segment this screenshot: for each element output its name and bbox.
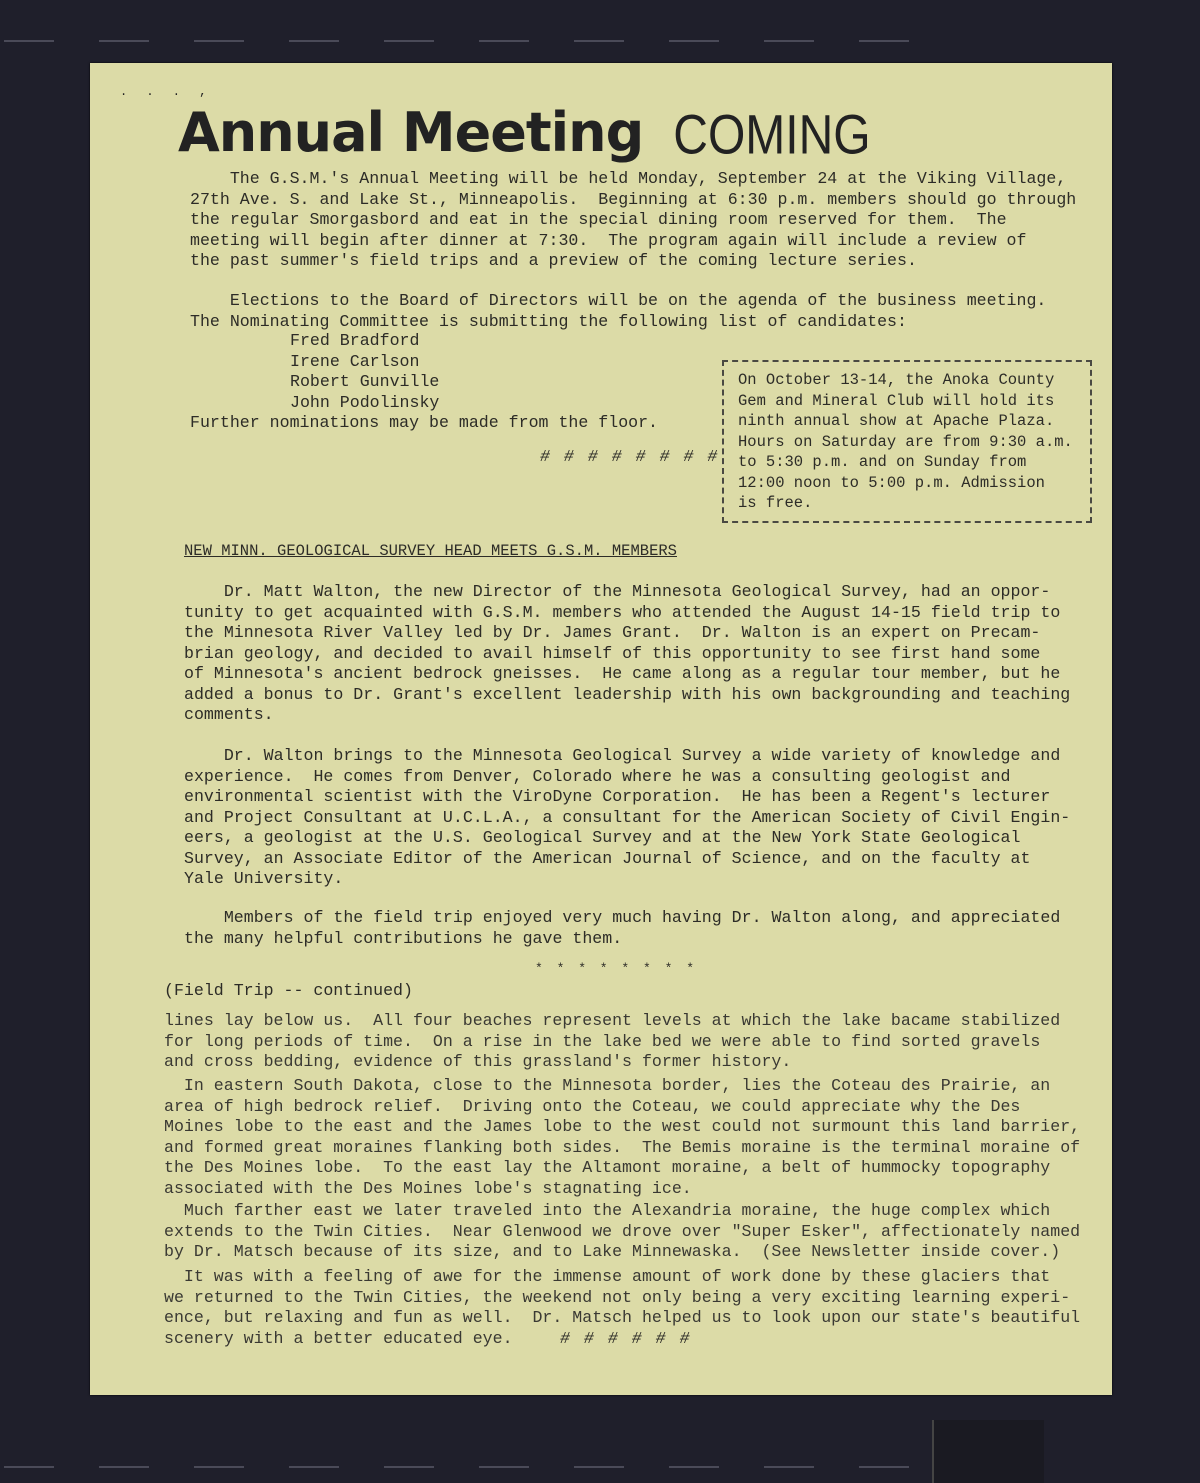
title-main: Annual Meeting [178, 101, 643, 164]
field-trip-continued-label: (Field Trip -- continued) [164, 981, 413, 1002]
end-separator-hashes: # # # # # # [560, 1329, 692, 1350]
survey-article-heading: NEW MINN. GEOLOGICAL SURVEY HEAD MEETS G… [184, 541, 677, 562]
further-nominations-note: Further nominations may be made from the… [190, 413, 658, 434]
field-trip-paragraph-3: Much farther east we later traveled into… [164, 1201, 1080, 1263]
survey-article-paragraph-1: Dr. Matt Walton, the new Director of the… [184, 582, 1070, 726]
survey-article-paragraph-3: Members of the field trip enjoyed very m… [184, 908, 1060, 949]
section-separator-hashes: # # # # # # # # [540, 447, 719, 468]
candidate-list: Fred Bradford Irene Carlson Robert Gunvi… [290, 331, 439, 413]
page-title: Annual MeetingCOMING [178, 101, 871, 164]
title-accent: COMING [673, 104, 870, 167]
field-trip-paragraph-2: In eastern South Dakota, close to the Mi… [164, 1076, 1080, 1199]
corner-marks: . . . , [120, 85, 212, 99]
elections-paragraph: Elections to the Board of Directors will… [190, 291, 1046, 332]
section-separator-stars: * * * * * * * * [535, 959, 697, 980]
field-trip-paragraph-1: lines lay below us. All four beaches rep… [164, 1011, 1060, 1073]
scan-ruler-top [0, 40, 1200, 44]
annual-meeting-paragraph: The G.S.M.'s Annual Meeting will be held… [190, 169, 1076, 272]
newsletter-page: . . . , Annual MeetingCOMING The G.S.M.'… [90, 63, 1112, 1395]
scan-binder-tab [932, 1420, 1044, 1483]
survey-article-paragraph-2: Dr. Walton brings to the Minnesota Geolo… [184, 746, 1070, 890]
gem-show-notice-text: On October 13-14, the Anoka County Gem a… [738, 370, 1073, 514]
